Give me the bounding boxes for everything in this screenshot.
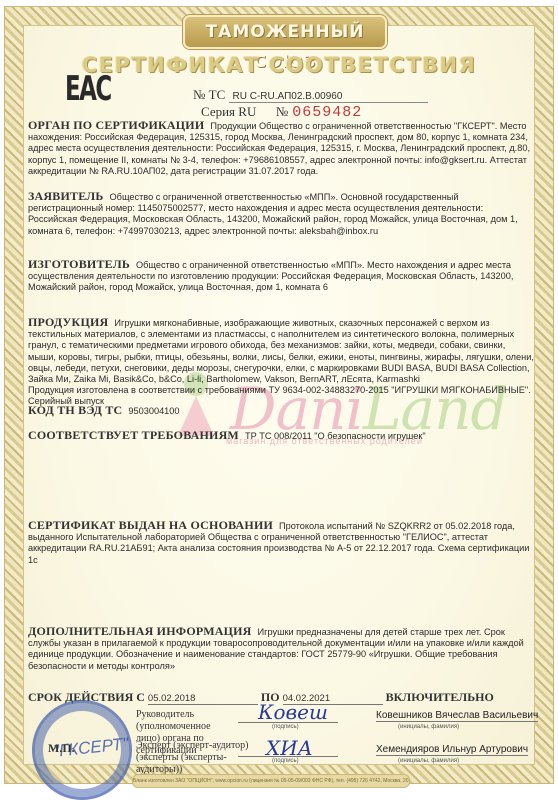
compliance-value: ТР ТС 008/2011 "О безопасности игрушек" bbox=[245, 431, 426, 441]
section-label: КОД ТН ВЭД ТС bbox=[28, 403, 122, 417]
expert-role: Эксперт (эксперт-аудитор) (эксперты (экс… bbox=[136, 740, 256, 776]
eac-mark-icon: EAC bbox=[65, 69, 111, 109]
section-compliance: СООТВЕТСТВУЕТ ТРЕБОВАНИЯМТР ТС 008/2011 … bbox=[28, 430, 534, 442]
validity-inclusive-label: ВКЛЮЧИТЕЛЬНО bbox=[386, 690, 494, 704]
section-applicant: ЗАЯВИТЕЛЬОбщество с ограниченной ответст… bbox=[28, 191, 534, 237]
product-standard: Продукция изготовлена в соответствии с т… bbox=[28, 385, 531, 395]
section-manufacturer: ИЗГОТОВИТЕЛЬОбщество с ограниченной отве… bbox=[28, 259, 534, 294]
section-label: ПРОДУКЦИЯ bbox=[28, 315, 108, 329]
section-hs-code: КОД ТН ВЭД ТС9503004100 bbox=[28, 405, 534, 417]
head-signature-line bbox=[238, 722, 338, 723]
series-number-prefix: № bbox=[276, 104, 288, 119]
head-signature-icon: Ковеш bbox=[258, 700, 328, 724]
printer-footer: Бланк изготовлен ЗАО "ОПЦИОН", www.opcio… bbox=[132, 774, 410, 788]
customs-union-banner: ТАМОЖЕННЫЙ СОЮЗ bbox=[183, 15, 387, 49]
series-number: 0659482 bbox=[292, 104, 362, 121]
series-label: Серия RU bbox=[201, 104, 256, 119]
section-certification-body: ОРГАН ПО СЕРТИФИКАЦИИПродукции Общество … bbox=[28, 120, 534, 177]
section-basis: СЕРТИФИКАТ ВЫДАН НА ОСНОВАНИИПротокола и… bbox=[28, 520, 534, 566]
head-name-caption: (инициалы, фамилия) bbox=[398, 724, 459, 730]
expert-signature-line bbox=[238, 756, 338, 757]
number-value: RU C-RU.АП02.В.00960 bbox=[229, 91, 428, 103]
expert-signature-caption: (подпись) bbox=[272, 758, 299, 764]
section-label: СООТВЕТСТВУЕТ ТРЕБОВАНИЯМ bbox=[28, 428, 239, 442]
number-label: № ТС bbox=[193, 87, 225, 102]
section-label: ИЗГОТОВИТЕЛЬ bbox=[28, 257, 130, 271]
expert-name-caption: (инициалы, фамилия) bbox=[398, 758, 459, 764]
section-product: ПРОДУКЦИЯИгрушки мягконабивные, изобража… bbox=[28, 317, 534, 408]
mp-label: М.П. bbox=[48, 741, 75, 756]
head-name: Ковешников Вячеслав Васильевич bbox=[376, 710, 538, 722]
series-line: Серия RU №0659482 bbox=[201, 104, 362, 121]
section-label: СЕРТИФИКАТ ВЫДАН НА ОСНОВАНИИ bbox=[28, 518, 273, 532]
hs-code-value: 9503004100 bbox=[128, 406, 179, 416]
section-label: ЗАЯВИТЕЛЬ bbox=[28, 189, 104, 203]
section-label: ОРГАН ПО СЕРТИФИКАЦИИ bbox=[28, 118, 204, 132]
head-signature-caption: (подпись) bbox=[272, 724, 299, 730]
section-label: ДОПОЛНИТЕЛЬНАЯ ИНФОРМАЦИЯ bbox=[28, 624, 252, 638]
expert-name: Хемендияров Ильнур Артурович bbox=[376, 744, 528, 756]
section-additional-info: ДОПОЛНИТЕЛЬНАЯ ИНФОРМАЦИЯИгрушки предназ… bbox=[28, 626, 534, 672]
validity-from-date: 05.02.2018 bbox=[148, 693, 258, 705]
certificate-number: № ТС RU C-RU.АП02.В.00960 bbox=[193, 87, 428, 103]
certification-stamp-icon: "ГКСЕРТ" bbox=[32, 700, 132, 800]
